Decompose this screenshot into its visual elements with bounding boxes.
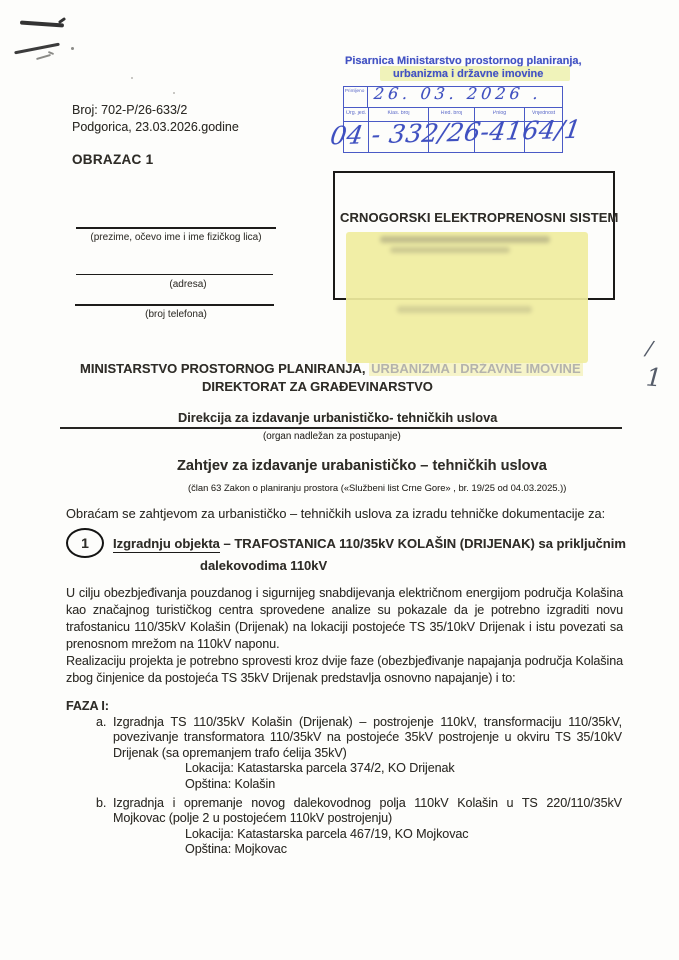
covered-text-smudge (397, 306, 532, 313)
margin-annotation: 1 (645, 362, 663, 392)
ministry-title: MINISTARSTVO PROSTORNOG PLANIRANJA, URBA… (80, 361, 583, 376)
item-title-line2: dalekovodima 110kV (200, 558, 327, 573)
field-caption-phone: (broj telefona) (73, 309, 279, 320)
request-title: Zahtjev za izdavanje urabanističko – teh… (177, 458, 547, 474)
field-caption-name: (prezime, očevo ime i ime fizičkog lica) (73, 232, 279, 243)
municipality-line: Opština: Mojkovac (185, 842, 622, 858)
phase-item-marker: b. (96, 796, 113, 827)
field-line-name (76, 227, 276, 229)
item-number: 1 (81, 535, 89, 551)
phase-item-marker: a. (96, 715, 113, 762)
pen-mark (71, 47, 74, 50)
directorate-title: DIREKTORAT ZA GRAĐEVINARSTVO (202, 379, 433, 394)
office-name: Direkcija za izdavanje urbanističko- teh… (178, 410, 497, 425)
ministry-title-visible: MINISTARSTVO PROSTORNOG PLANIRANJA, (80, 361, 366, 376)
office-underline (60, 427, 622, 429)
body-paragraph-1: U cilju obezbjeđivanja pouzdanog i sigur… (66, 585, 623, 653)
pen-mark (36, 54, 51, 60)
item-title-lead: Izgradnju objekta (113, 536, 220, 553)
phase-item-b: b. Izgradnja i opremanje novog dalekovod… (66, 796, 622, 827)
margin-annotation: / (645, 336, 654, 361)
form-code: OBRAZAC 1 (72, 152, 153, 167)
document-number: Broj: 702-P/26-633/2 (72, 103, 187, 117)
field-caption-address: (adresa) (85, 279, 291, 290)
stamp-column-label: Org. jed. (345, 108, 366, 116)
stamp-column-label: Klas. broj (373, 108, 425, 116)
body-paragraph-2: Realizaciju projekta je potrebno sproves… (66, 653, 623, 687)
request-intro: Obraćam se zahtjevom za urbanističko – t… (66, 506, 605, 521)
body-text: U cilju obezbjeđivanja pouzdanog i sigur… (66, 585, 623, 687)
redaction-highlight (346, 232, 588, 363)
phase-item-text: Izgradnja i opremanje novog dalekovodnog… (113, 796, 622, 827)
place-and-date: Podgorica, 23.03.2026.godine (72, 120, 239, 134)
phase-item-text: Izgradnja TS 110/35kV Kolašin (Drijenak)… (113, 715, 622, 762)
item-number-circle: 1 (66, 528, 104, 558)
stamp-received-label: Primljeno (344, 87, 364, 94)
ministry-title-faded: URBANIZMA I DRŽAVNE IMOVINE (369, 361, 582, 376)
legal-basis: (član 63 Zakon o planiranju prostora («S… (188, 482, 566, 493)
stamp-column-label: Prilog (478, 108, 521, 116)
company-name: CRNOGORSKI ELEKTROPRENOSNI SISTEM (340, 210, 619, 225)
municipality-line: Opština: Kolašin (185, 777, 622, 793)
stamp-received-date-handwritten: 26. 03. 2026 . (373, 84, 543, 103)
item-title-tail: – TRAFOSTANICA 110/35kV KOLAŠIN (DRIJENA… (220, 536, 626, 551)
phase-heading: FAZA I: (66, 699, 622, 715)
stamp-office-line2: urbanizma i državne imovine (393, 68, 543, 80)
scan-speck (131, 77, 133, 79)
item-title-line1: Izgradnju objekta – TRAFOSTANICA 110/35k… (113, 536, 626, 551)
office-caption: (organ nadležan za postupanje) (263, 431, 401, 442)
field-line-address (76, 274, 273, 275)
covered-text-smudge (380, 236, 550, 243)
scan-speck (173, 92, 175, 94)
location-line: Lokacija: Katastarska parcela 467/19, KO… (185, 827, 622, 843)
covered-text-smudge (390, 247, 510, 253)
field-line-phone (75, 304, 274, 306)
location-line: Lokacija: Katastarska parcela 374/2, KO … (185, 761, 622, 777)
scanned-document-page: Pisarnica Ministarstvo prostornog planir… (0, 0, 679, 960)
stamp-column-label: Red. broj (432, 108, 472, 116)
phase-section: FAZA I: a. Izgradnja TS 110/35kV Kolašin… (66, 699, 622, 858)
phase-item-a: a. Izgradnja TS 110/35kV Kolašin (Drijen… (66, 715, 622, 762)
